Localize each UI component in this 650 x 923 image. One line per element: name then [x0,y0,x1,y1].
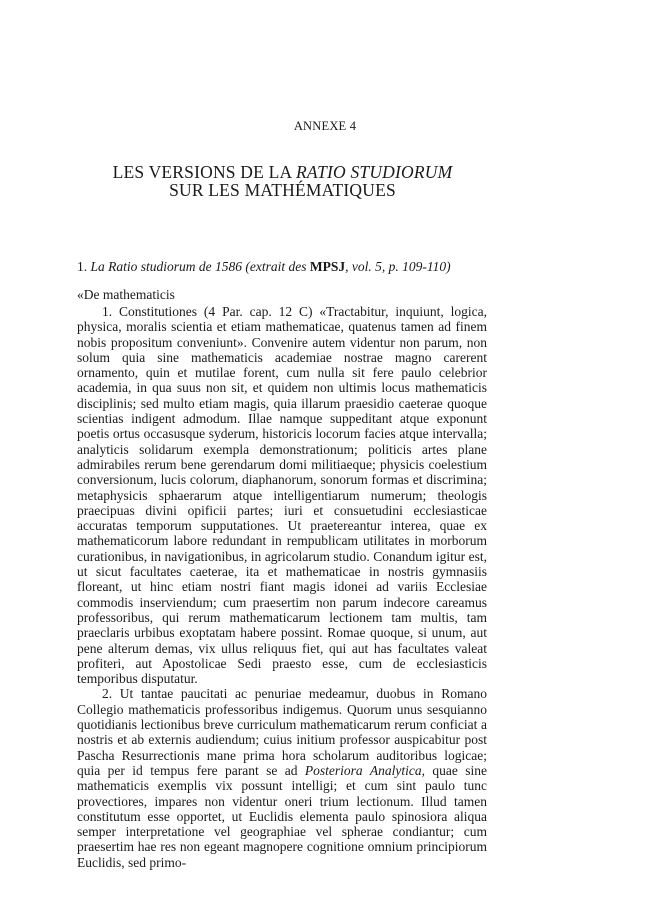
annexe-label: ANNEXE 4 [0,119,650,134]
quote-heading: «De mathematicis [77,287,175,303]
title-line-1: LES VERSIONS DE LA RATIO STUDIORUM [0,163,565,181]
title-line-2: SUR LES MATHÉMATIQUES [0,181,565,199]
section-source-abbrev: MPSJ [310,259,345,274]
title-line-1-prefix: LES VERSIONS DE LA [113,162,296,182]
section-source-tail: , vol. 5, p. 109-110) [345,259,450,274]
section-number: 1. [77,259,91,274]
paragraph-2-part-2: , quae sine mathematicis exemplis vix po… [77,763,487,870]
title-line-1-italic: RATIO STUDIORUM [296,162,452,182]
paragraph-2: 2. Ut tantae paucitati ac penuriae medea… [77,686,487,870]
section-heading: 1. La Ratio studiorum de 1586 (extrait d… [77,259,497,275]
page-title: LES VERSIONS DE LA RATIO STUDIORUM SUR L… [0,163,565,199]
paragraph-1: 1. Constitutiones (4 Par. cap. 12 C) «Tr… [77,304,487,686]
section-title-italic: La Ratio studiorum de 1586 (extrait des [91,259,310,274]
body-text: 1. Constitutiones (4 Par. cap. 12 C) «Tr… [77,304,487,870]
paragraph-2-italic-title: Posteriora Analytica [305,763,422,778]
